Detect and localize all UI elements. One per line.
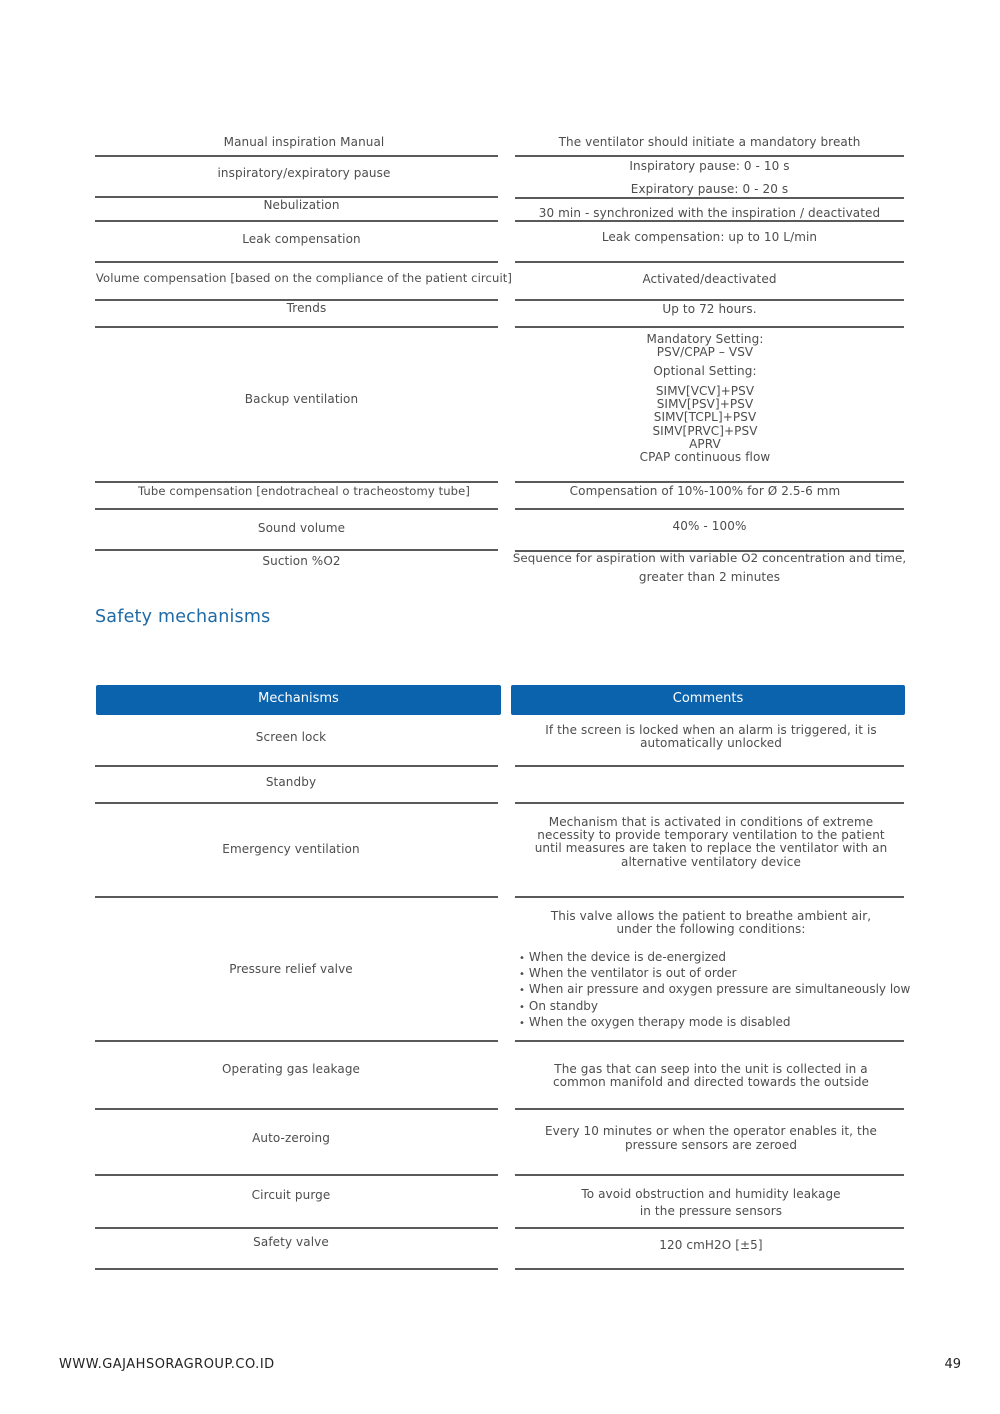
mechanism-comment: alternative ventilatory device	[515, 856, 907, 869]
spec-value: Expiratory pause: 0 - 20 s	[515, 183, 904, 196]
divider	[95, 261, 498, 263]
spec-label: Backup ventilation	[95, 393, 508, 406]
divider	[95, 1040, 498, 1042]
divider	[515, 155, 904, 157]
spec-value: Sequence for aspiration with variable O2…	[510, 552, 909, 565]
spec-value: Compensation of 10%-100% for Ø 2.5-6 mm	[515, 485, 895, 498]
divider	[95, 220, 498, 222]
spec-value: greater than 2 minutes	[510, 571, 909, 584]
divider	[95, 508, 498, 510]
spec-value: The ventilator should initiate a mandato…	[515, 136, 904, 149]
mechanism-comment: common manifold and directed towards the…	[515, 1076, 907, 1089]
divider	[515, 508, 904, 510]
mechanism-comment: 120 cmH2O [±5]	[515, 1239, 907, 1252]
mechanism-comment: until measures are taken to replace the …	[515, 842, 907, 855]
divider	[95, 1268, 498, 1270]
condition-item: When the device is de-energized	[519, 950, 910, 966]
mechanism-label: Screen lock	[95, 731, 487, 744]
mechanism-label: Standby	[95, 776, 487, 789]
divider	[515, 220, 904, 222]
spec-label: Tube compensation [endotracheal o trache…	[95, 485, 513, 498]
condition-item: When air pressure and oxygen pressure ar…	[519, 982, 910, 998]
divider	[515, 1174, 904, 1176]
mechanism-label: Emergency ventilation	[95, 843, 487, 856]
document-page: Manual inspiration Manual The ventilator…	[0, 0, 1000, 1414]
divider	[95, 802, 498, 804]
spec-label: Nebulization	[95, 199, 508, 212]
mechanism-comment: pressure sensors are zeroed	[515, 1139, 907, 1152]
mechanism-comment: automatically unlocked	[515, 737, 907, 750]
divider	[95, 1227, 498, 1229]
divider	[95, 765, 498, 767]
spec-label: inspiratory/expiratory pause	[95, 167, 513, 180]
spec-value: Inspiratory pause: 0 - 10 s	[515, 160, 904, 173]
mechanism-comment: Every 10 minutes or when the operator en…	[515, 1125, 907, 1138]
column-header-comments: Comments	[511, 685, 905, 715]
mechanism-comment: To avoid obstruction and humidity leakag…	[515, 1188, 907, 1201]
condition-item: On standby	[519, 999, 910, 1015]
divider	[95, 481, 498, 483]
spec-label: Leak compensation	[95, 233, 508, 246]
divider	[515, 1227, 904, 1229]
mechanism-comment: under the following conditions:	[515, 923, 907, 936]
divider	[515, 261, 904, 263]
spec-label: Trends	[95, 302, 518, 315]
divider	[95, 549, 498, 551]
divider	[515, 1108, 904, 1110]
divider	[95, 1108, 498, 1110]
footer-website: WWW.GAJAHSORAGROUP.CO.ID	[59, 1357, 275, 1372]
divider	[95, 1174, 498, 1176]
divider	[515, 1040, 904, 1042]
spec-value: Activated/deactivated	[515, 273, 904, 286]
condition-item: When the oxygen therapy mode is disabled	[519, 1015, 910, 1031]
mechanism-label: Circuit purge	[95, 1189, 487, 1202]
spec-label: Sound volume	[95, 522, 508, 535]
spec-value: Up to 72 hours.	[515, 303, 904, 316]
mechanism-label: Safety valve	[95, 1236, 487, 1249]
condition-item: When the ventilator is out of order	[519, 966, 910, 982]
divider	[515, 1268, 904, 1270]
divider	[515, 326, 904, 328]
mechanism-label: Auto-zeroing	[95, 1132, 487, 1145]
column-header-mechanisms: Mechanisms	[96, 685, 501, 715]
spec-value: SIMV[TCPL]+PSV	[515, 411, 895, 424]
mechanism-comment: in the pressure sensors	[515, 1205, 907, 1218]
divider	[95, 155, 498, 157]
conditions-list: When the device is de-energized When the…	[519, 950, 910, 1031]
divider	[515, 765, 904, 767]
spec-value: PSV/CPAP – VSV	[515, 346, 895, 359]
spec-value: 30 min - synchronized with the inspirati…	[515, 207, 904, 220]
spec-label: Volume compensation [based on the compli…	[95, 272, 513, 285]
page-number: 49	[944, 1357, 961, 1372]
divider	[515, 481, 904, 483]
divider	[515, 197, 904, 199]
spec-label: Manual inspiration Manual	[95, 136, 513, 149]
divider	[515, 299, 904, 301]
spec-label: Suction %O2	[95, 555, 508, 568]
spec-value: CPAP continuous flow	[515, 451, 895, 464]
spec-value: Leak compensation: up to 10 L/min	[515, 231, 904, 244]
divider	[515, 896, 904, 898]
mechanism-label: Operating gas leakage	[95, 1063, 487, 1076]
mechanism-label: Pressure relief valve	[95, 963, 487, 976]
spec-value: Optional Setting:	[515, 365, 895, 378]
divider	[95, 896, 498, 898]
spec-value: 40% - 100%	[515, 520, 904, 533]
divider	[95, 326, 498, 328]
section-title: Safety mechanisms	[95, 607, 270, 627]
divider	[515, 802, 904, 804]
